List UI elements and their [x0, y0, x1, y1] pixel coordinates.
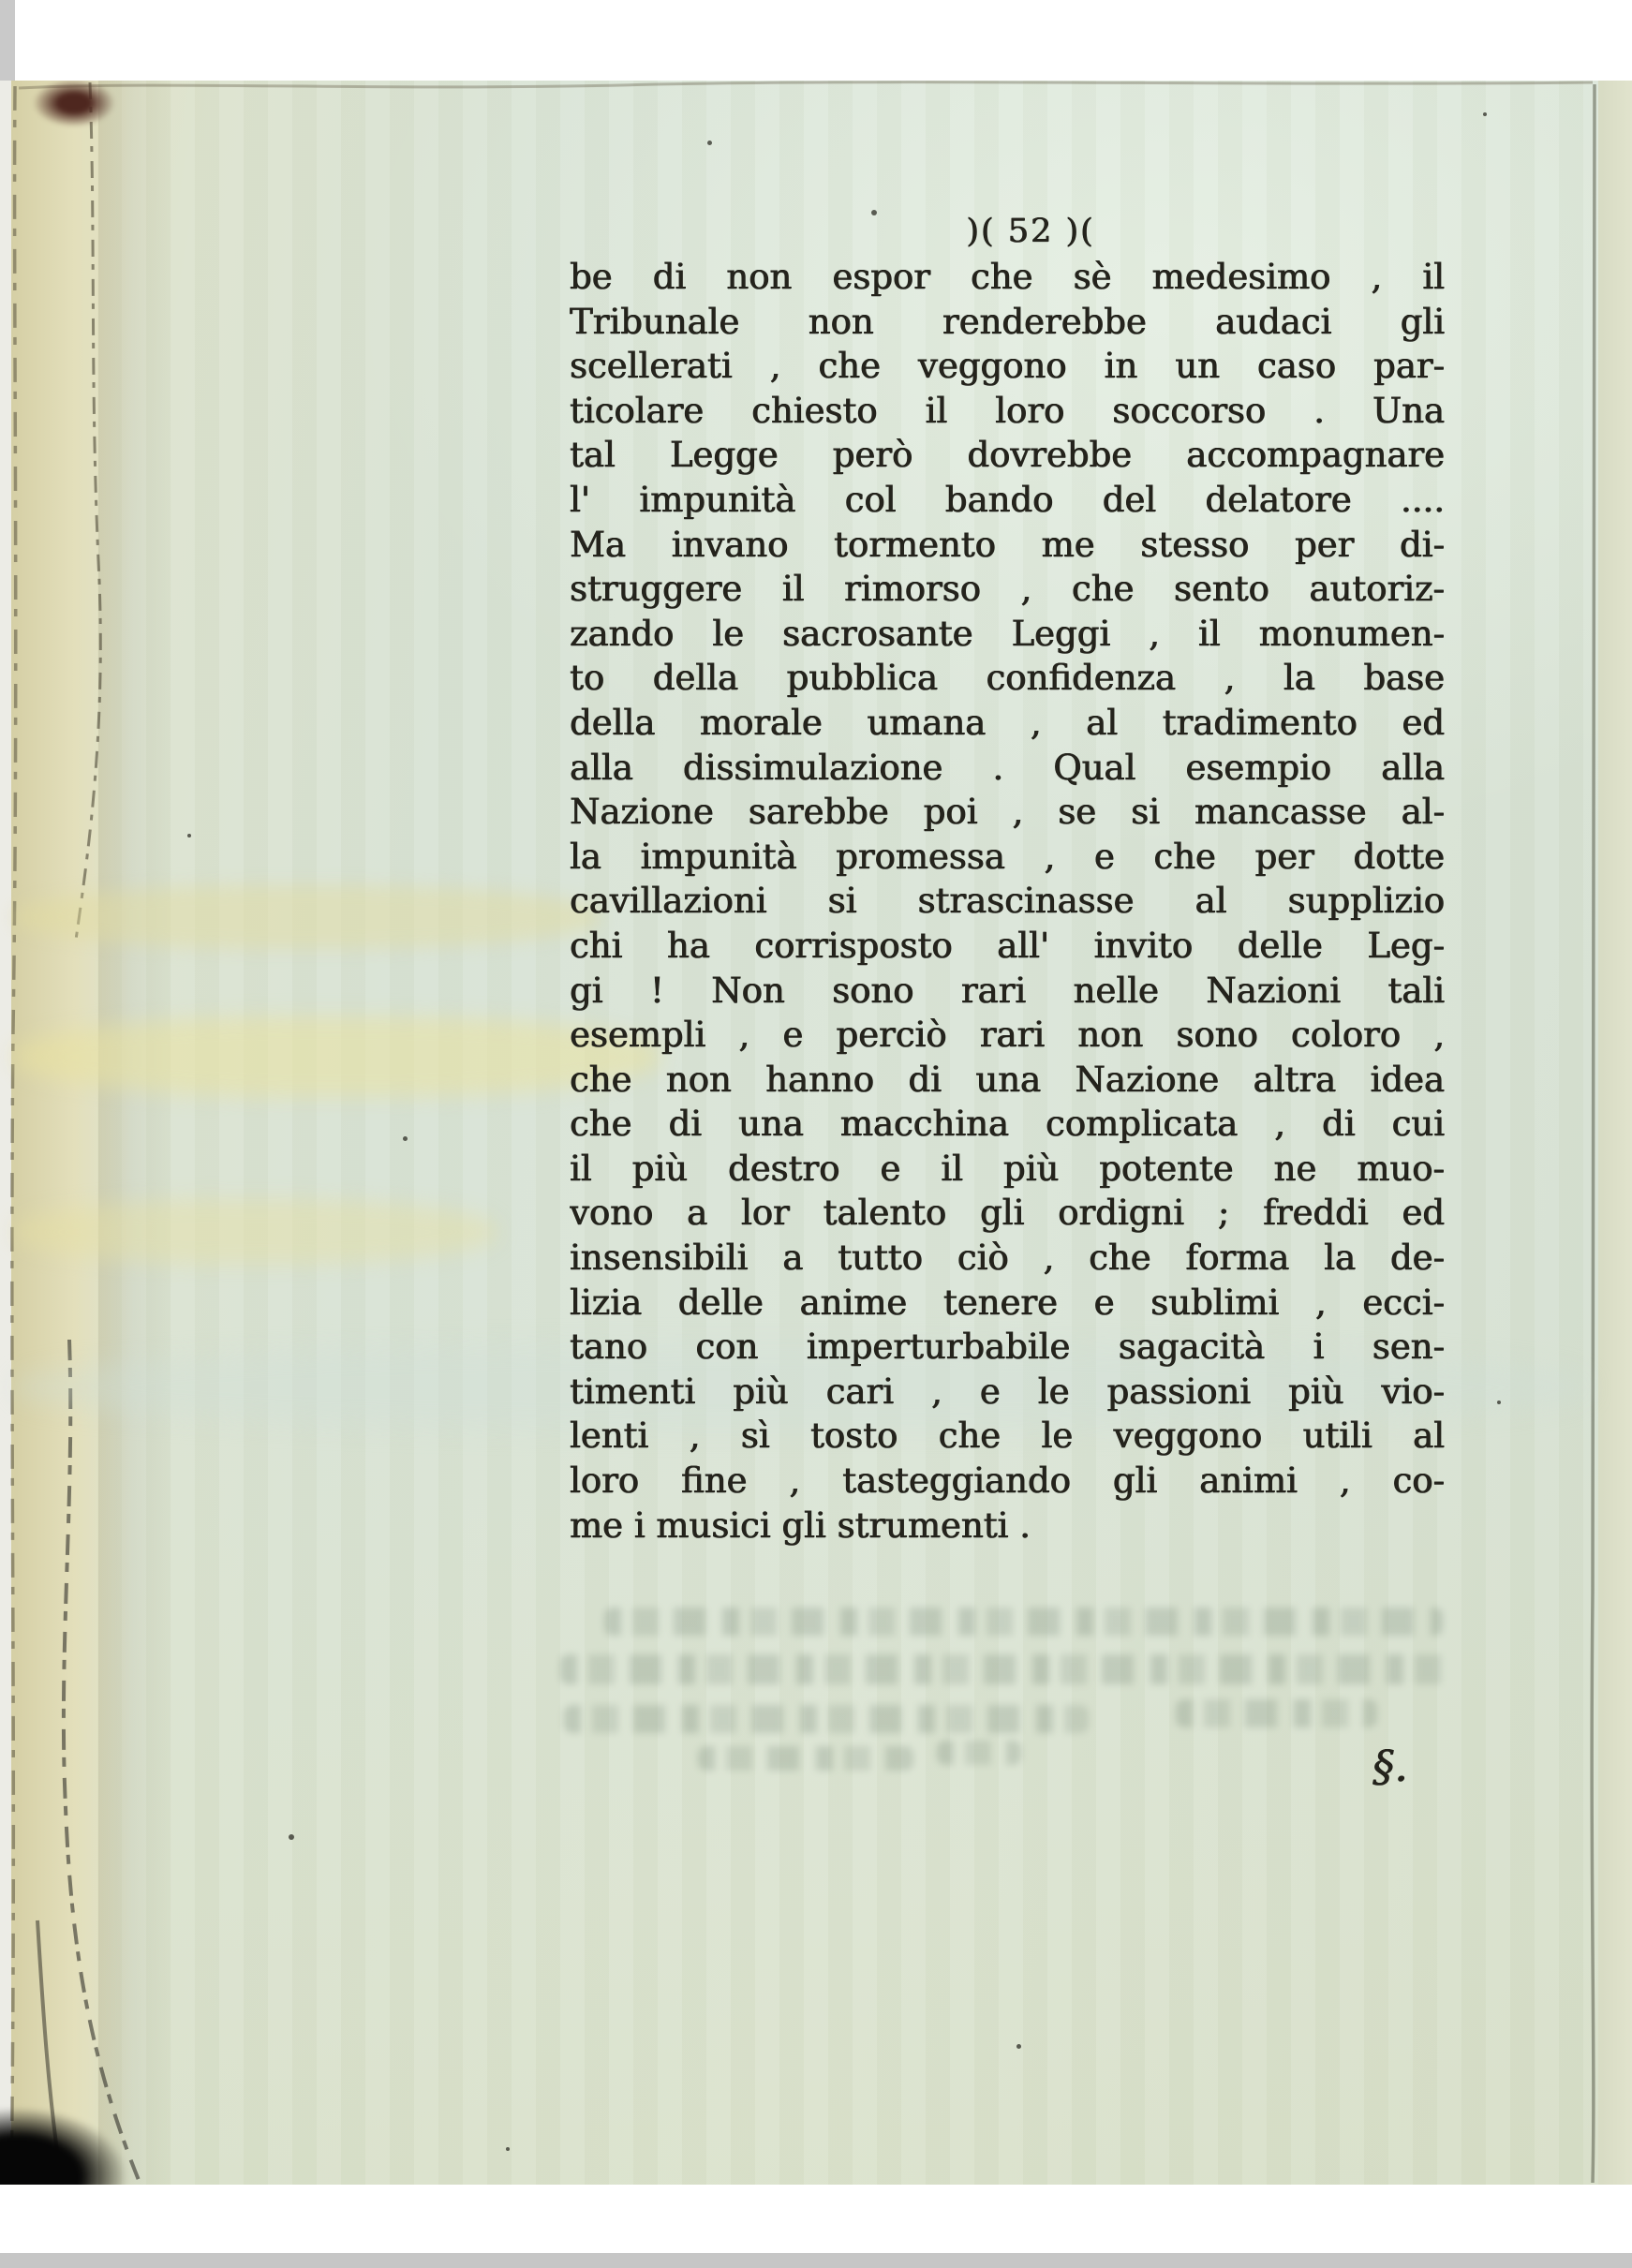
text-line: lizia delle anime tenere e sublimi , ecc…: [570, 1281, 1445, 1326]
show-through-text-row: [564, 1705, 1089, 1733]
text-line: zando le sacrosante Leggi , il monumen-: [570, 612, 1445, 657]
text-line: che non hanno di una Nazione altra idea: [570, 1058, 1445, 1103]
paper-speck: [707, 141, 712, 145]
paper-speck: [1016, 2044, 1021, 2049]
show-through-text-row: [560, 1654, 1450, 1684]
scanner-margin-bottom: [0, 2185, 1632, 2253]
body-text: be di non espor che sè medesimo , il Tri…: [570, 255, 1445, 1548]
text-line: me i musici gli strumenti .: [570, 1504, 1445, 1549]
text-line: alla dissimulazione . Qual esempio alla: [570, 746, 1445, 791]
paper-speck: [1497, 1401, 1501, 1404]
text-line: il più destro e il più potente ne muo-: [570, 1147, 1445, 1192]
paper-speck: [403, 1136, 408, 1141]
show-through-text-row: [604, 1608, 1443, 1636]
book-page-scan: )( 52 )( be di non espor che sè medesimo…: [0, 0, 1632, 2268]
scanner-edge-strip-bottom: [0, 2253, 1632, 2268]
text-line: to della pubblica confidenza , la base: [570, 656, 1445, 701]
text-line: esempli , e perciò rari non sono coloro …: [570, 1013, 1445, 1058]
text-line: vono a lor talento gli ordigni ; freddi …: [570, 1191, 1445, 1236]
paper-speck: [187, 834, 191, 838]
text-line: insensibili a tutto ciò , che forma la d…: [570, 1236, 1445, 1281]
text-line: timenti più cari , e le passioni più vio…: [570, 1370, 1445, 1415]
binding-shadow-corner: [0, 2078, 183, 2190]
text-line: l' impunità col bando del delatore ....: [570, 478, 1445, 523]
text-line: struggere il rimorso , che sento autoriz…: [570, 567, 1445, 612]
page-number: )( 52 )(: [570, 207, 1445, 256]
text-line: tal Legge però dovrebbe accompagnare: [570, 433, 1445, 478]
text-line: Nazione sarebbe poi , se si mancasse al-: [570, 790, 1445, 835]
text-line: gi ! Non sono rari nelle Nazioni tali: [570, 969, 1445, 1014]
text-line: scellerati , che veggono in un caso par-: [570, 344, 1445, 389]
show-through-text-row: [698, 1746, 913, 1771]
text-line: loro fine , tasteggiando gli animi , co-: [570, 1459, 1445, 1504]
paper-stain: [14, 1016, 660, 1097]
text-line: la impunità promessa , e che per dotte: [570, 835, 1445, 880]
text-line: ticolare chiesto il loro soccorso . Una: [570, 389, 1445, 434]
scanner-margin-top: [0, 0, 1632, 81]
scanner-edge-strip: [0, 0, 15, 81]
text-line: Ma invano tormento me stesso per di-: [570, 523, 1445, 568]
paper-speck: [1483, 112, 1487, 116]
corner-stain: [22, 73, 126, 133]
text-line: tano con imperturbabile sagacità i sen-: [570, 1325, 1445, 1370]
paper-stain: [14, 885, 600, 949]
text-line: lenti , sì tosto che le veggono utili al: [570, 1414, 1445, 1459]
paper-stain: [14, 1199, 497, 1265]
section-catchword: §.: [1338, 1733, 1443, 1799]
text-line: Tribunale non renderebbe audaci gli: [570, 300, 1445, 345]
text-line: cavillazioni si strascinasse al supplizi…: [570, 879, 1445, 924]
show-through-text-row: [1176, 1699, 1377, 1727]
show-through-text-row: [937, 1741, 1021, 1765]
paper-speck: [289, 1834, 294, 1840]
text-line: della morale umana , al tradimento ed: [570, 701, 1445, 746]
paper-speck: [506, 2147, 510, 2151]
text-line: be di non espor che sè medesimo , il: [570, 255, 1445, 300]
text-line: chi ha corrisposto all' invito delle Leg…: [570, 924, 1445, 969]
text-line: che di una macchina complicata , di cui: [570, 1102, 1445, 1147]
